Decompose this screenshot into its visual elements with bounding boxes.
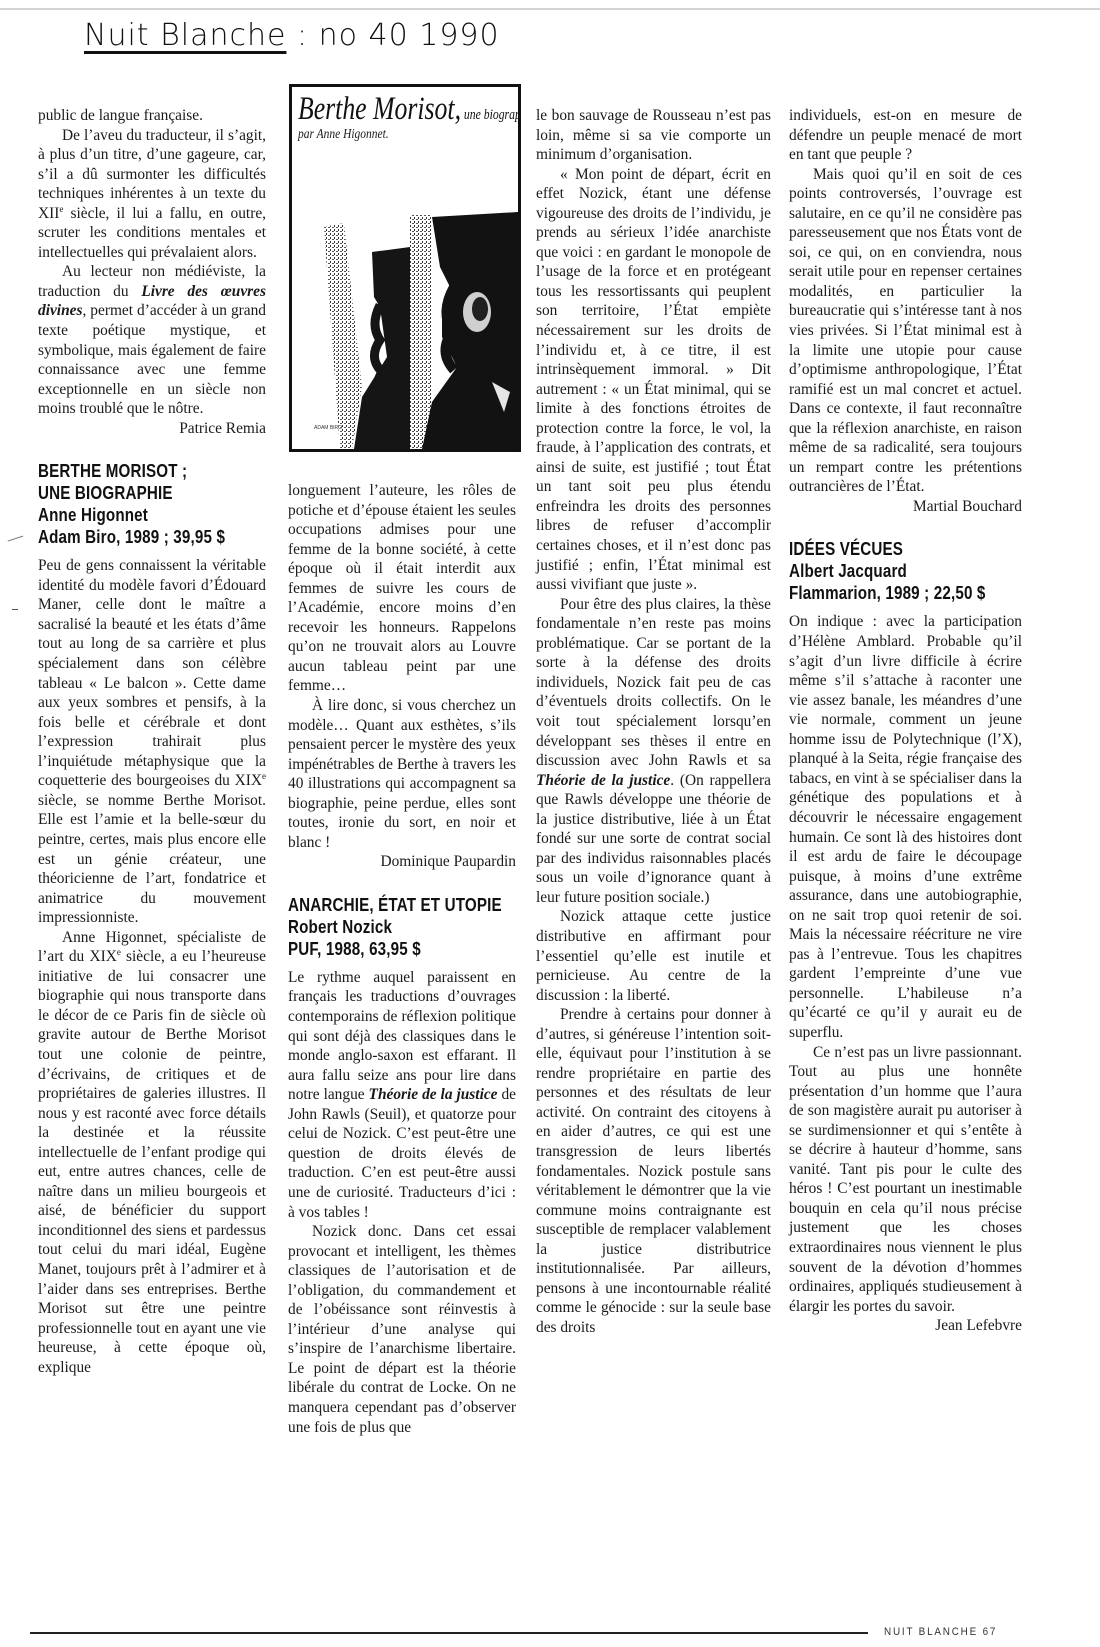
margin-dash [12,609,18,610]
book-title: IDÉES VÉCUES [789,538,1022,560]
book-publisher-price: Adam Biro, 1989 ; 39,95 $ [38,526,266,548]
paragraph: On indique : avec la participation d’Hél… [789,612,1022,1042]
book-author: Anne Higonnet [38,504,266,526]
reviewer-signature: Jean Lefebvre [789,1316,1022,1336]
book-author: Robert Nozick [288,916,516,938]
book-publisher-price: PUF, 1988, 63,95 $ [288,938,516,960]
book-title: BERTHE MORISOT ; [38,460,266,482]
review-heading-jacquard: IDÉES VÉCUES Albert Jacquard Flammarion,… [789,538,1022,604]
paragraph: Nozick attaque cette justice distributiv… [536,907,771,1005]
handwritten-issue: : no 40 1990 [297,18,500,53]
book-title: ANARCHIE, ÉTAT ET UTOPIE [288,894,516,916]
paragraph: Anne Higonnet, spécialiste de l’art du X… [38,928,266,1378]
book-publisher-price: Flammarion, 1989 ; 22,50 $ [789,582,1022,604]
paragraph: Au lecteur non médiéviste, la traduction… [38,262,266,418]
book-cover-image: Berthe Morisot, une biographie par Anne … [289,84,521,452]
paragraph: Peu de gens connaissent la véritable ide… [38,556,266,927]
reviewer-signature: Patrice Remia [38,419,266,439]
cover-portrait-illustration [292,187,518,449]
paragraph: Nozick donc. Dans cet essai provocant et… [288,1222,516,1437]
book-title-reference: Théorie de la justice [369,1086,498,1103]
paragraph: Prendre à certains pour donner à d’autre… [536,1005,771,1337]
book-author: Albert Jacquard [789,560,1022,582]
column-2: longuement l’auteure, les rôles de potic… [288,481,516,1437]
cover-publisher-mark: ADAM BIRO [314,425,342,431]
review-heading-morisot: BERTHE MORISOT ; UNE BIOGRAPHIE Anne Hig… [38,460,266,548]
cover-author: par Anne Higonnet. [298,127,389,143]
running-footer: NUIT BLANCHE 67 [884,1626,997,1638]
reviewer-signature: Dominique Paupardin [288,852,516,872]
pen-mark [8,536,25,546]
reviewer-signature: Martial Bouchard [789,497,1022,517]
handwritten-source-note: Nuit Blanche : no 40 1990 [84,18,500,53]
paragraph: public de langue française. [38,106,266,126]
book-title: UNE BIOGRAPHIE [38,482,266,504]
book-title-reference: Théorie de la justice [536,772,670,789]
paragraph: Le rythme auquel paraissent en français … [288,968,516,1222]
handwritten-publication: Nuit Blanche [84,18,286,53]
paragraph: Mais quoi qu’il en soit de ces points co… [789,165,1022,497]
paragraph: Pour être des plus claires, la thèse fon… [536,595,771,908]
paragraph: individuels, est-on en mesure de défendr… [789,106,1022,165]
paragraph: « Mon point de départ, écrit en effet No… [536,165,771,595]
column-1: public de langue française. De l’aveu du… [38,106,266,1377]
paragraph: De l’aveu du traducteur, il s’agit, à pl… [38,126,266,263]
column-4: individuels, est-on en mesure de défendr… [789,106,1022,1336]
footer-rule [30,1632,868,1634]
column-3: le bon sauvage de Rousseau n’est pas loi… [536,106,771,1337]
paragraph: longuement l’auteure, les rôles de potic… [288,481,516,696]
review-heading-nozick: ANARCHIE, ÉTAT ET UTOPIE Robert Nozick P… [288,894,516,960]
paragraph: Ce n’est pas un livre passionnant. Tout … [789,1043,1022,1317]
scan-top-edge [0,8,1100,10]
paragraph: À lire donc, si vous cherchez un modèle…… [288,696,516,852]
paragraph: le bon sauvage de Rousseau n’est pas loi… [536,106,771,165]
